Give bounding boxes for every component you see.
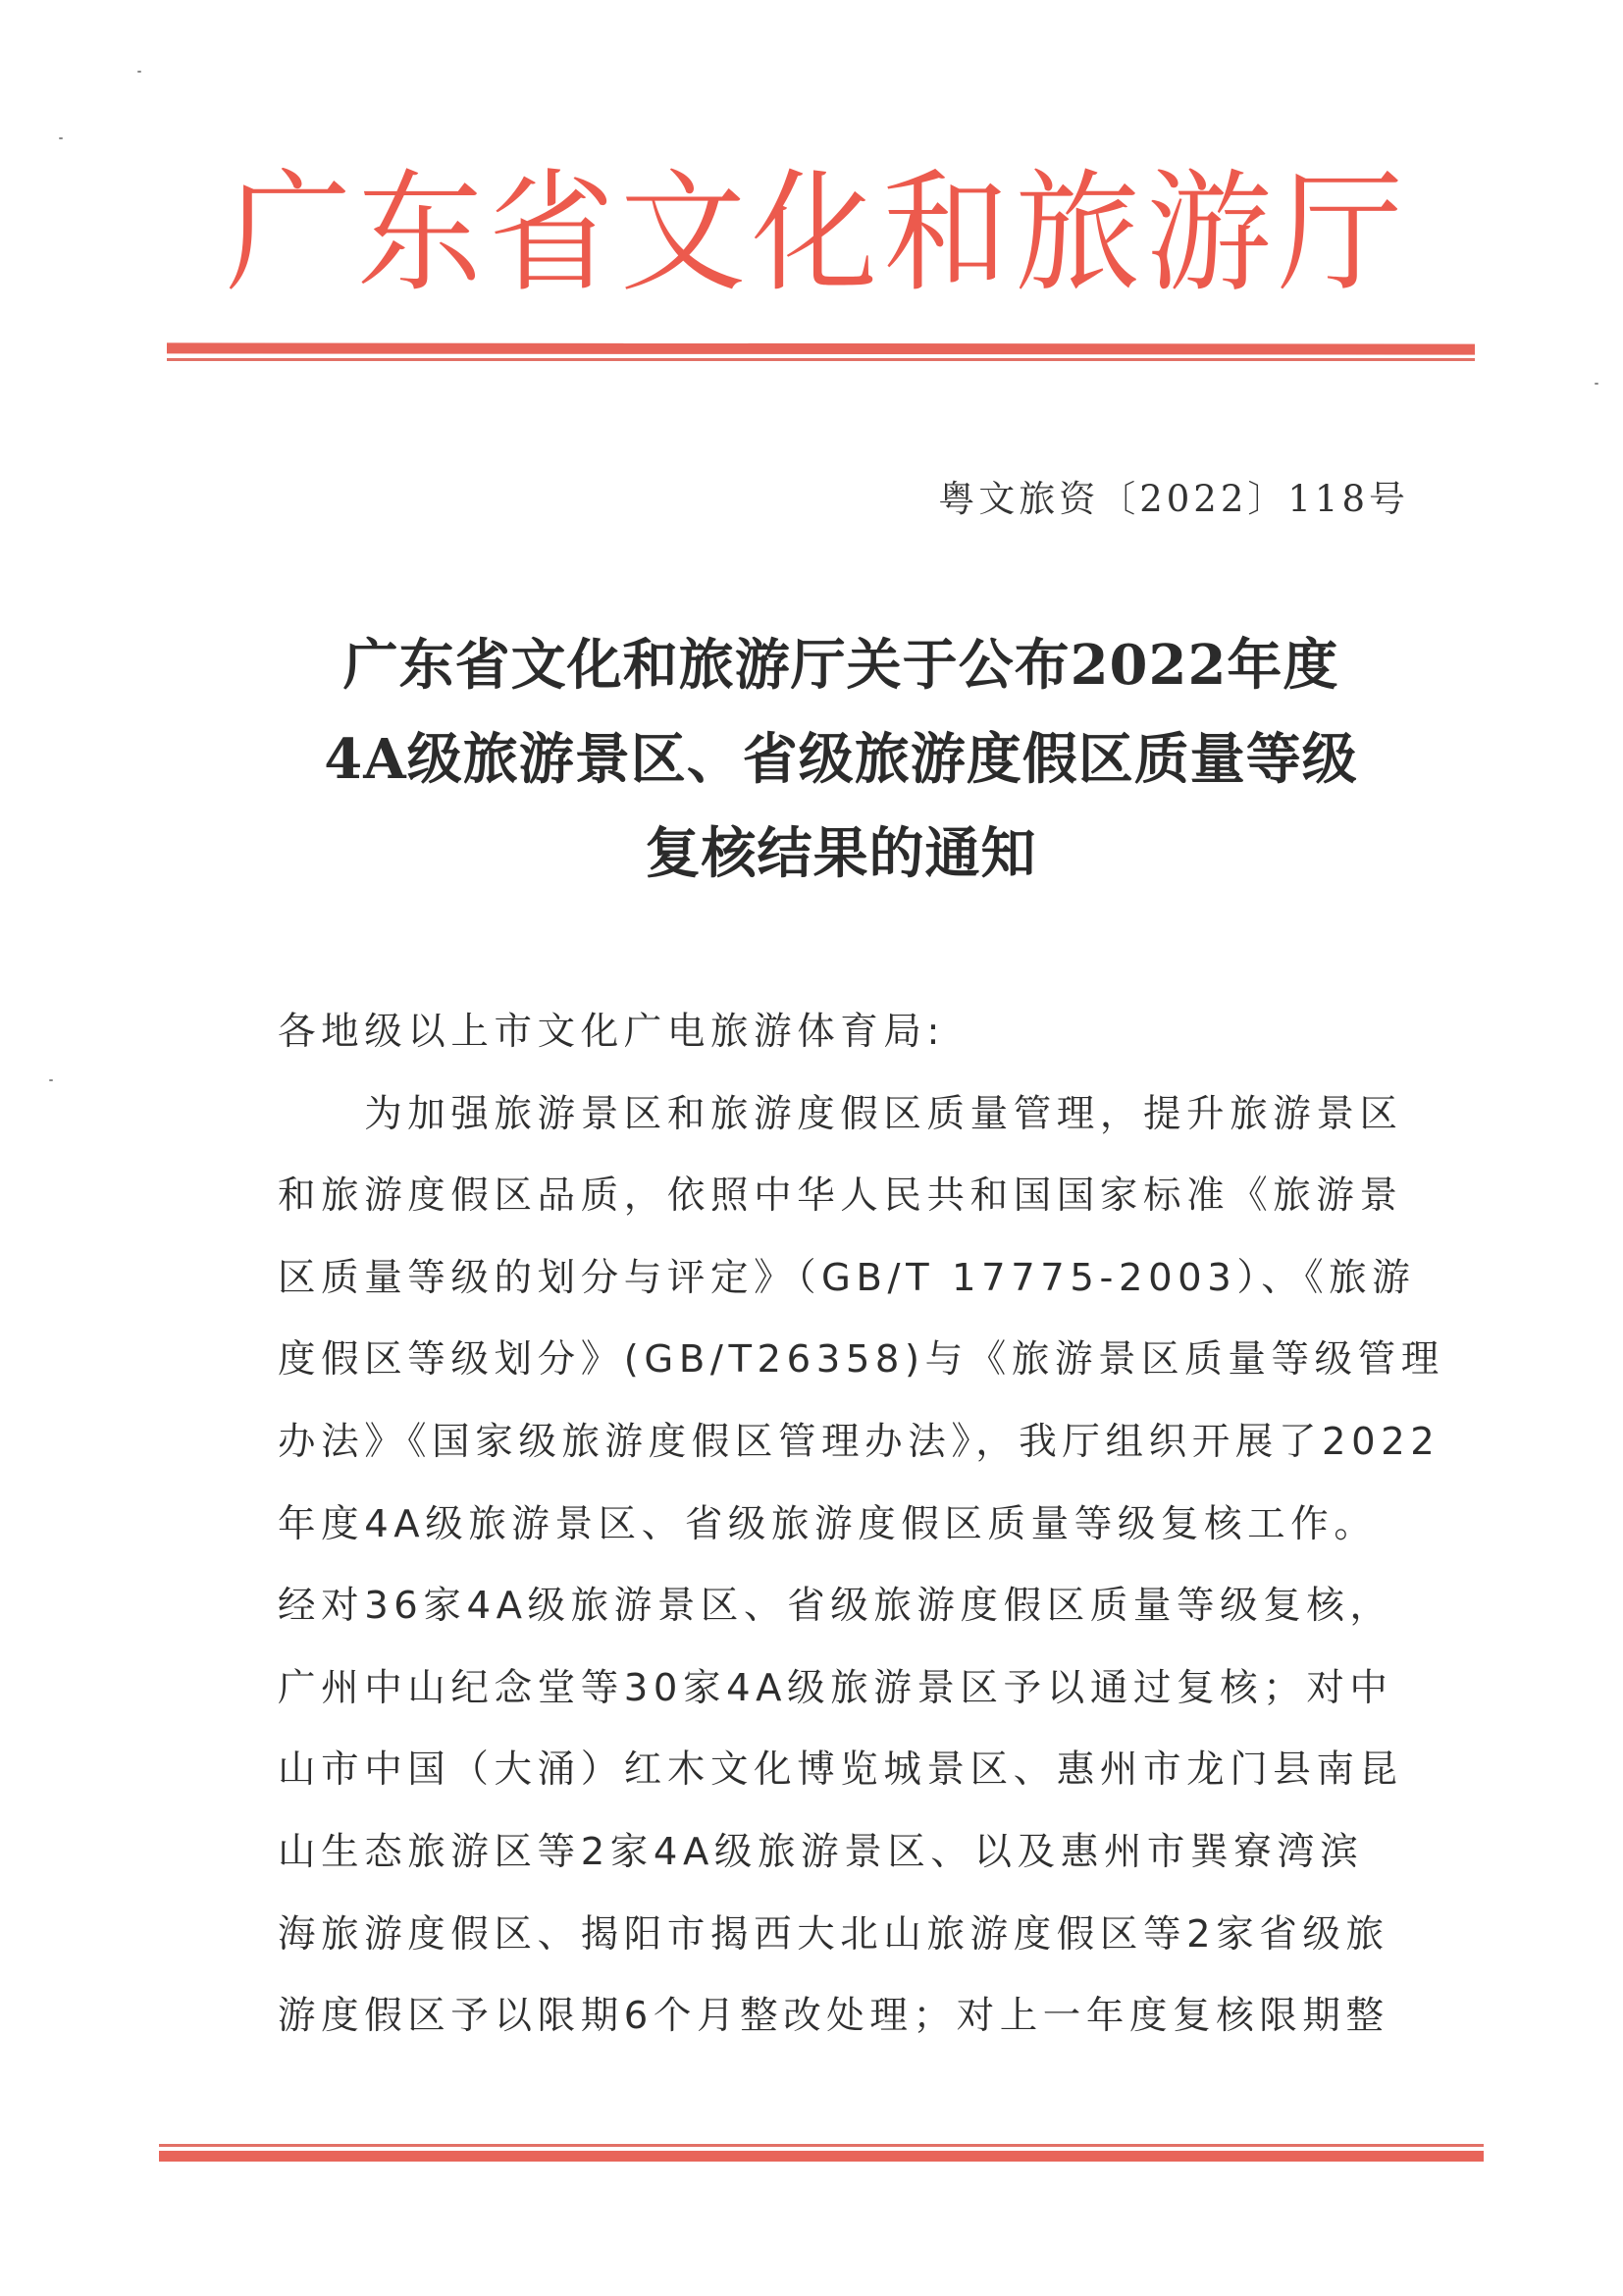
body-line: 经对36家4A级旅游景区、省级旅游度假区质量等级复核， xyxy=(278,1565,1411,1647)
body-line: 游度假区予以限期6个月整改处理；对上一年度复核限期整 xyxy=(278,1975,1411,2058)
body-line: 山市中国（大涌）红木文化博览城景区、惠州市龙门县南昆 xyxy=(278,1729,1411,1811)
title-line: 复核结果的通知 xyxy=(275,807,1407,901)
body-line: 办法》《国家级旅游度假区管理办法》，我厅组织开展了2022 xyxy=(278,1401,1411,1484)
title-line: 4A级旅游景区、省级旅游度假区质量等级 xyxy=(275,712,1407,807)
body-line: 广州中山纪念堂等30家4A级旅游景区予以通过复核；对中 xyxy=(278,1647,1411,1730)
body-line: 海旅游度假区、揭阳市揭西大北山旅游度假区等2家省级旅 xyxy=(278,1894,1411,1976)
document-title: 广东省文化和旅游厅关于公布2022年度 4A级旅游景区、省级旅游度假区质量等级 … xyxy=(275,618,1407,901)
body-line: 度假区等级划分》(GB/T26358)与《旅游景区质量等级管理 xyxy=(278,1319,1411,1401)
scan-speck xyxy=(1595,383,1598,385)
document-body: 各地级以上市文化广电旅游体育局: 为加强旅游景区和旅游度假区质量管理，提升旅游景… xyxy=(278,991,1411,2058)
salutation: 各地级以上市文化广电旅游体育局: xyxy=(278,991,1411,1073)
header-rule-thin xyxy=(167,358,1475,361)
scan-speck xyxy=(49,1079,53,1081)
document-page: 广东省文化和旅游厅 粤文旅资〔2022〕118号 广东省文化和旅游厅关于公布20… xyxy=(0,0,1623,2296)
body-line: 区质量等级的划分与评定》（GB/T 17775-2003）、《旅游 xyxy=(278,1237,1411,1320)
footer-rule-thin xyxy=(159,2144,1484,2147)
scan-speck xyxy=(59,137,63,139)
header-rule-thick xyxy=(167,342,1475,354)
scan-speck xyxy=(137,71,141,73)
body-line: 为加强旅游景区和旅游度假区质量管理，提升旅游景区 xyxy=(278,1073,1411,1156)
footer-rule-thick xyxy=(159,2151,1484,2162)
title-line: 广东省文化和旅游厅关于公布2022年度 xyxy=(275,618,1407,712)
body-line: 和旅游度假区品质，依照中华人民共和国国家标准《旅游景 xyxy=(278,1155,1411,1237)
document-number: 粤文旅资〔2022〕118号 xyxy=(938,469,1409,522)
letterhead-title: 广东省文化和旅游厅 xyxy=(226,157,1403,312)
body-line: 年度4A级旅游景区、省级旅游度假区质量等级复核工作。 xyxy=(278,1484,1411,1566)
body-line: 山生态旅游区等2家4A级旅游景区、以及惠州市巽寮湾滨 xyxy=(278,1811,1411,1894)
